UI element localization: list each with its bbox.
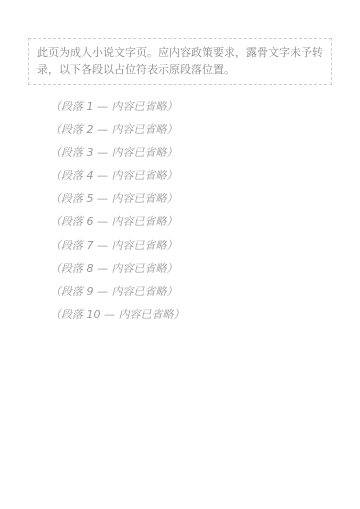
redacted-paragraph: （段落 2 — 内容已省略）: [28, 118, 332, 141]
paragraph-container: （段落 1 — 内容已省略）（段落 2 — 内容已省略）（段落 3 — 内容已省…: [28, 95, 332, 326]
redacted-paragraph: （段落 8 — 内容已省略）: [28, 257, 332, 280]
document-page: 此页为成人小说文字页。应内容政策要求，露骨文字未予转录，以下各段以占位符表示原段…: [0, 0, 360, 509]
redacted-paragraph: （段落 7 — 内容已省略）: [28, 234, 332, 257]
redacted-paragraph: （段落 1 — 内容已省略）: [28, 95, 332, 118]
redaction-notice: 此页为成人小说文字页。应内容政策要求，露骨文字未予转录，以下各段以占位符表示原段…: [28, 38, 332, 85]
redacted-paragraph: （段落 5 — 内容已省略）: [28, 187, 332, 210]
redacted-paragraph: （段落 3 — 内容已省略）: [28, 141, 332, 164]
redacted-paragraph: （段落 9 — 内容已省略）: [28, 280, 332, 303]
redacted-paragraph: （段落 10 — 内容已省略）: [28, 303, 332, 326]
redacted-paragraph: （段落 6 — 内容已省略）: [28, 210, 332, 233]
redacted-paragraph: （段落 4 — 内容已省略）: [28, 164, 332, 187]
